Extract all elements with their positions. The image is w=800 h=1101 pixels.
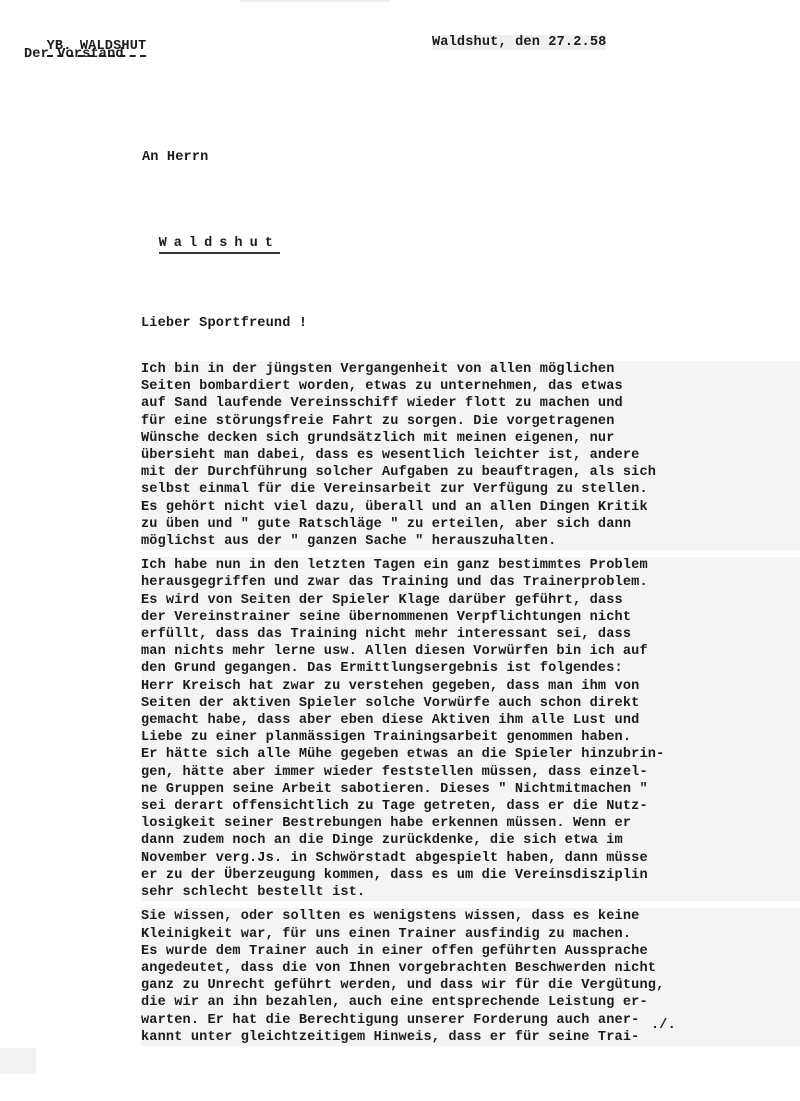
text-line: sehr schlecht bestellt ist. (141, 884, 800, 901)
text-line: ganz zu Unrecht geführt werden, und dass… (141, 977, 800, 994)
text-line: Wünsche decken sich grundsätzlich mit me… (141, 430, 800, 447)
text-line: erfüllt, dass das Training nicht mehr in… (141, 626, 800, 643)
text-line: Herr Kreisch hat zwar zu verstehen gegeb… (141, 678, 800, 695)
text-line: sei derart offensichtlich zu Tage getret… (141, 798, 800, 815)
text-line: Ich habe nun in den letzten Tagen ein ga… (141, 557, 800, 574)
text-line: Seiten der aktiven Spieler solche Vorwür… (141, 695, 800, 712)
paragraph-2: Ich habe nun in den letzten Tagen ein ga… (141, 557, 800, 901)
text-line: Ich bin in der jüngsten Vergangenheit vo… (141, 361, 800, 378)
text-line: für eine störungsfreie Fahrt zu sorgen. … (141, 413, 800, 430)
recipient-salutation: An Herrn (142, 150, 208, 165)
text-line: mit der Durchführung solcher Aufgaben zu… (141, 464, 800, 481)
letter-body: Ich bin in der jüngsten Vergangenheit vo… (141, 361, 800, 1046)
recipient-city: Waldshut (142, 221, 280, 251)
text-line: dann zudem noch an die Dinge zurückdenke… (141, 832, 800, 849)
text-line: warten. Er hat die Berechtigung unserer … (141, 1012, 800, 1029)
letterhead-department: Der Vorstand (24, 47, 124, 62)
text-line: Sie wissen, oder sollten es wenigstens w… (141, 908, 800, 925)
text-line: man nichts mehr lerne usw. Allen diesen … (141, 643, 800, 660)
text-line: Es gehört nicht viel dazu, überall und a… (141, 499, 800, 516)
text-line: ne Gruppen seine Arbeit sabotieren. Dies… (141, 781, 800, 798)
continuation-mark: ./. (651, 1018, 676, 1033)
text-line: Es wurde dem Trainer auch in einer offen… (141, 943, 800, 960)
text-line: losigkeit seiner Bestrebungen habe erken… (141, 815, 800, 832)
text-line: Seiten bombardiert worden, etwas zu unte… (141, 378, 800, 395)
text-line: herausgegriffen und zwar das Training un… (141, 574, 800, 591)
text-line: die wir an ihn bezahlen, auch eine entsp… (141, 994, 800, 1011)
text-line: er zu der Überzeugung kommen, dass es um… (141, 867, 800, 884)
text-line: übersieht man dabei, dass es wesentlich … (141, 447, 800, 464)
paragraph-3: Sie wissen, oder sollten es wenigstens w… (141, 908, 800, 1046)
text-line: möglichst aus der " ganzen Sache " herau… (141, 533, 800, 550)
scan-artifact-margin (0, 1048, 36, 1074)
text-line: der Vereinstrainer seine übernommenen Ve… (141, 609, 800, 626)
scan-artifact-top (240, 0, 390, 2)
text-line: Er hätte sich alle Mühe gegeben etwas an… (141, 746, 800, 763)
text-line: gen, hätte aber immer wieder feststellen… (141, 764, 800, 781)
text-line: November verg.Js. in Schwörstadt abgespi… (141, 850, 800, 867)
paragraph-1: Ich bin in der jüngsten Vergangenheit vo… (141, 361, 800, 550)
text-line: den Grund gegangen. Das Ermittlungsergeb… (141, 660, 800, 677)
text-line: zu üben und " gute Ratschläge " zu ertei… (141, 516, 800, 533)
text-line: kannt unter gleichtzeitigem Hinweis, das… (141, 1029, 800, 1046)
recipient-city-text: Waldshut (159, 236, 280, 254)
text-line: angedeutet, dass die von Ihnen vorgebrac… (141, 960, 800, 977)
text-line: Kleinigkeit war, für uns einen Trainer a… (141, 926, 800, 943)
dateline: Waldshut, den 27.2.58 (432, 35, 606, 50)
text-line: Es wird von Seiten der Spieler Klage dar… (141, 592, 800, 609)
text-line: gemacht habe, dass aber eben diese Aktiv… (141, 712, 800, 729)
text-line: selbst einmal für die Vereinsarbeit zur … (141, 481, 800, 498)
text-line: auf Sand laufende Vereinsschiff wieder f… (141, 395, 800, 412)
text-line: Liebe zu einer planmässigen Trainingsarb… (141, 729, 800, 746)
greeting: Lieber Sportfreund ! (141, 316, 307, 331)
